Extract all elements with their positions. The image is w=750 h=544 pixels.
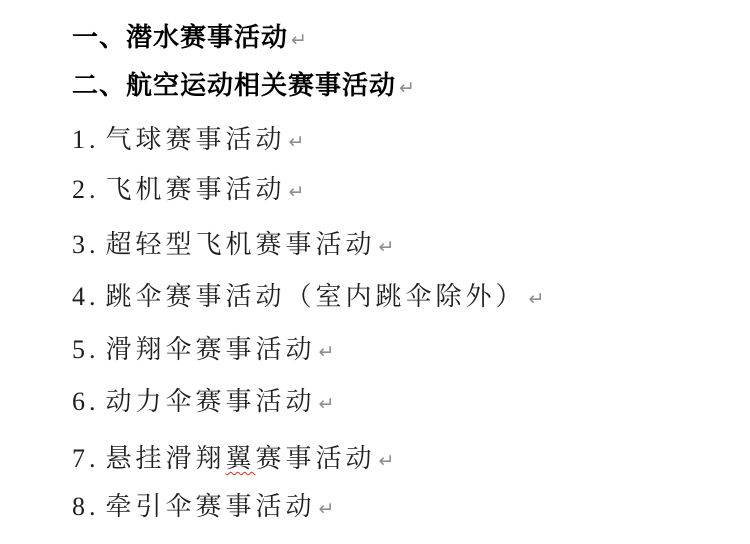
paragraph-mark-icon: ↵ xyxy=(399,77,415,99)
item-text: 气球赛事活动 xyxy=(106,125,286,154)
item-text: 超轻型飞机赛事活动 xyxy=(106,230,376,259)
heading-diving-events: 一、潜水赛事活动↵ xyxy=(72,20,307,56)
paragraph-mark-icon: ↵ xyxy=(289,131,305,153)
misspelled-word: 翼 xyxy=(226,444,256,473)
paragraph-mark-icon: ↵ xyxy=(319,393,335,415)
list-item-1: 1.气球赛事活动↵ xyxy=(72,123,304,159)
paragraph-mark-icon: ↵ xyxy=(529,288,545,310)
item-text: 动力伞赛事活动 xyxy=(106,387,316,416)
item-number: 3. xyxy=(72,230,100,259)
item-number: 5. xyxy=(72,335,100,364)
item-number: 4. xyxy=(72,282,100,311)
paragraph-mark-icon: ↵ xyxy=(319,498,335,520)
list-item-6: 6.动力伞赛事活动↵ xyxy=(72,385,334,421)
list-item-3: 3.超轻型飞机赛事活动↵ xyxy=(72,228,394,264)
heading-aviation-events: 二、航空运动相关赛事活动↵ xyxy=(72,68,415,104)
item-number: 6. xyxy=(72,387,100,416)
list-item-5: 5.滑翔伞赛事活动↵ xyxy=(72,333,334,369)
item-text: 赛事活动 xyxy=(256,444,376,473)
list-item-7: 7.悬挂滑翔翼赛事活动↵ xyxy=(72,442,394,478)
paragraph-mark-icon: ↵ xyxy=(319,341,335,363)
item-number: 8. xyxy=(72,492,100,521)
item-number: 2. xyxy=(72,175,100,204)
item-text: 跳伞赛事活动（室内跳伞除外） xyxy=(106,282,526,311)
paragraph-mark-icon: ↵ xyxy=(379,236,395,258)
document-page[interactable]: 一、潜水赛事活动↵ 二、航空运动相关赛事活动↵ 1.气球赛事活动↵ 2.飞机赛事… xyxy=(0,0,750,544)
paragraph-mark-icon: ↵ xyxy=(289,181,305,203)
heading-text: 一、潜水赛事活动 xyxy=(72,22,288,52)
paragraph-mark-icon: ↵ xyxy=(379,450,395,472)
paragraph-mark-icon: ↵ xyxy=(291,29,307,51)
list-item-4: 4.跳伞赛事活动（室内跳伞除外）↵ xyxy=(72,280,544,316)
item-number: 1. xyxy=(72,125,100,154)
item-text: 牵引伞赛事活动 xyxy=(106,492,316,521)
item-text: 滑翔伞赛事活动 xyxy=(106,335,316,364)
item-text: 飞机赛事活动 xyxy=(106,175,286,204)
list-item-2: 2.飞机赛事活动↵ xyxy=(72,173,304,209)
list-item-8: 8.牵引伞赛事活动↵ xyxy=(72,490,334,526)
item-text: 悬挂滑翔 xyxy=(106,444,226,473)
heading-text: 二、航空运动相关赛事活动 xyxy=(72,70,396,100)
item-number: 7. xyxy=(72,444,100,473)
